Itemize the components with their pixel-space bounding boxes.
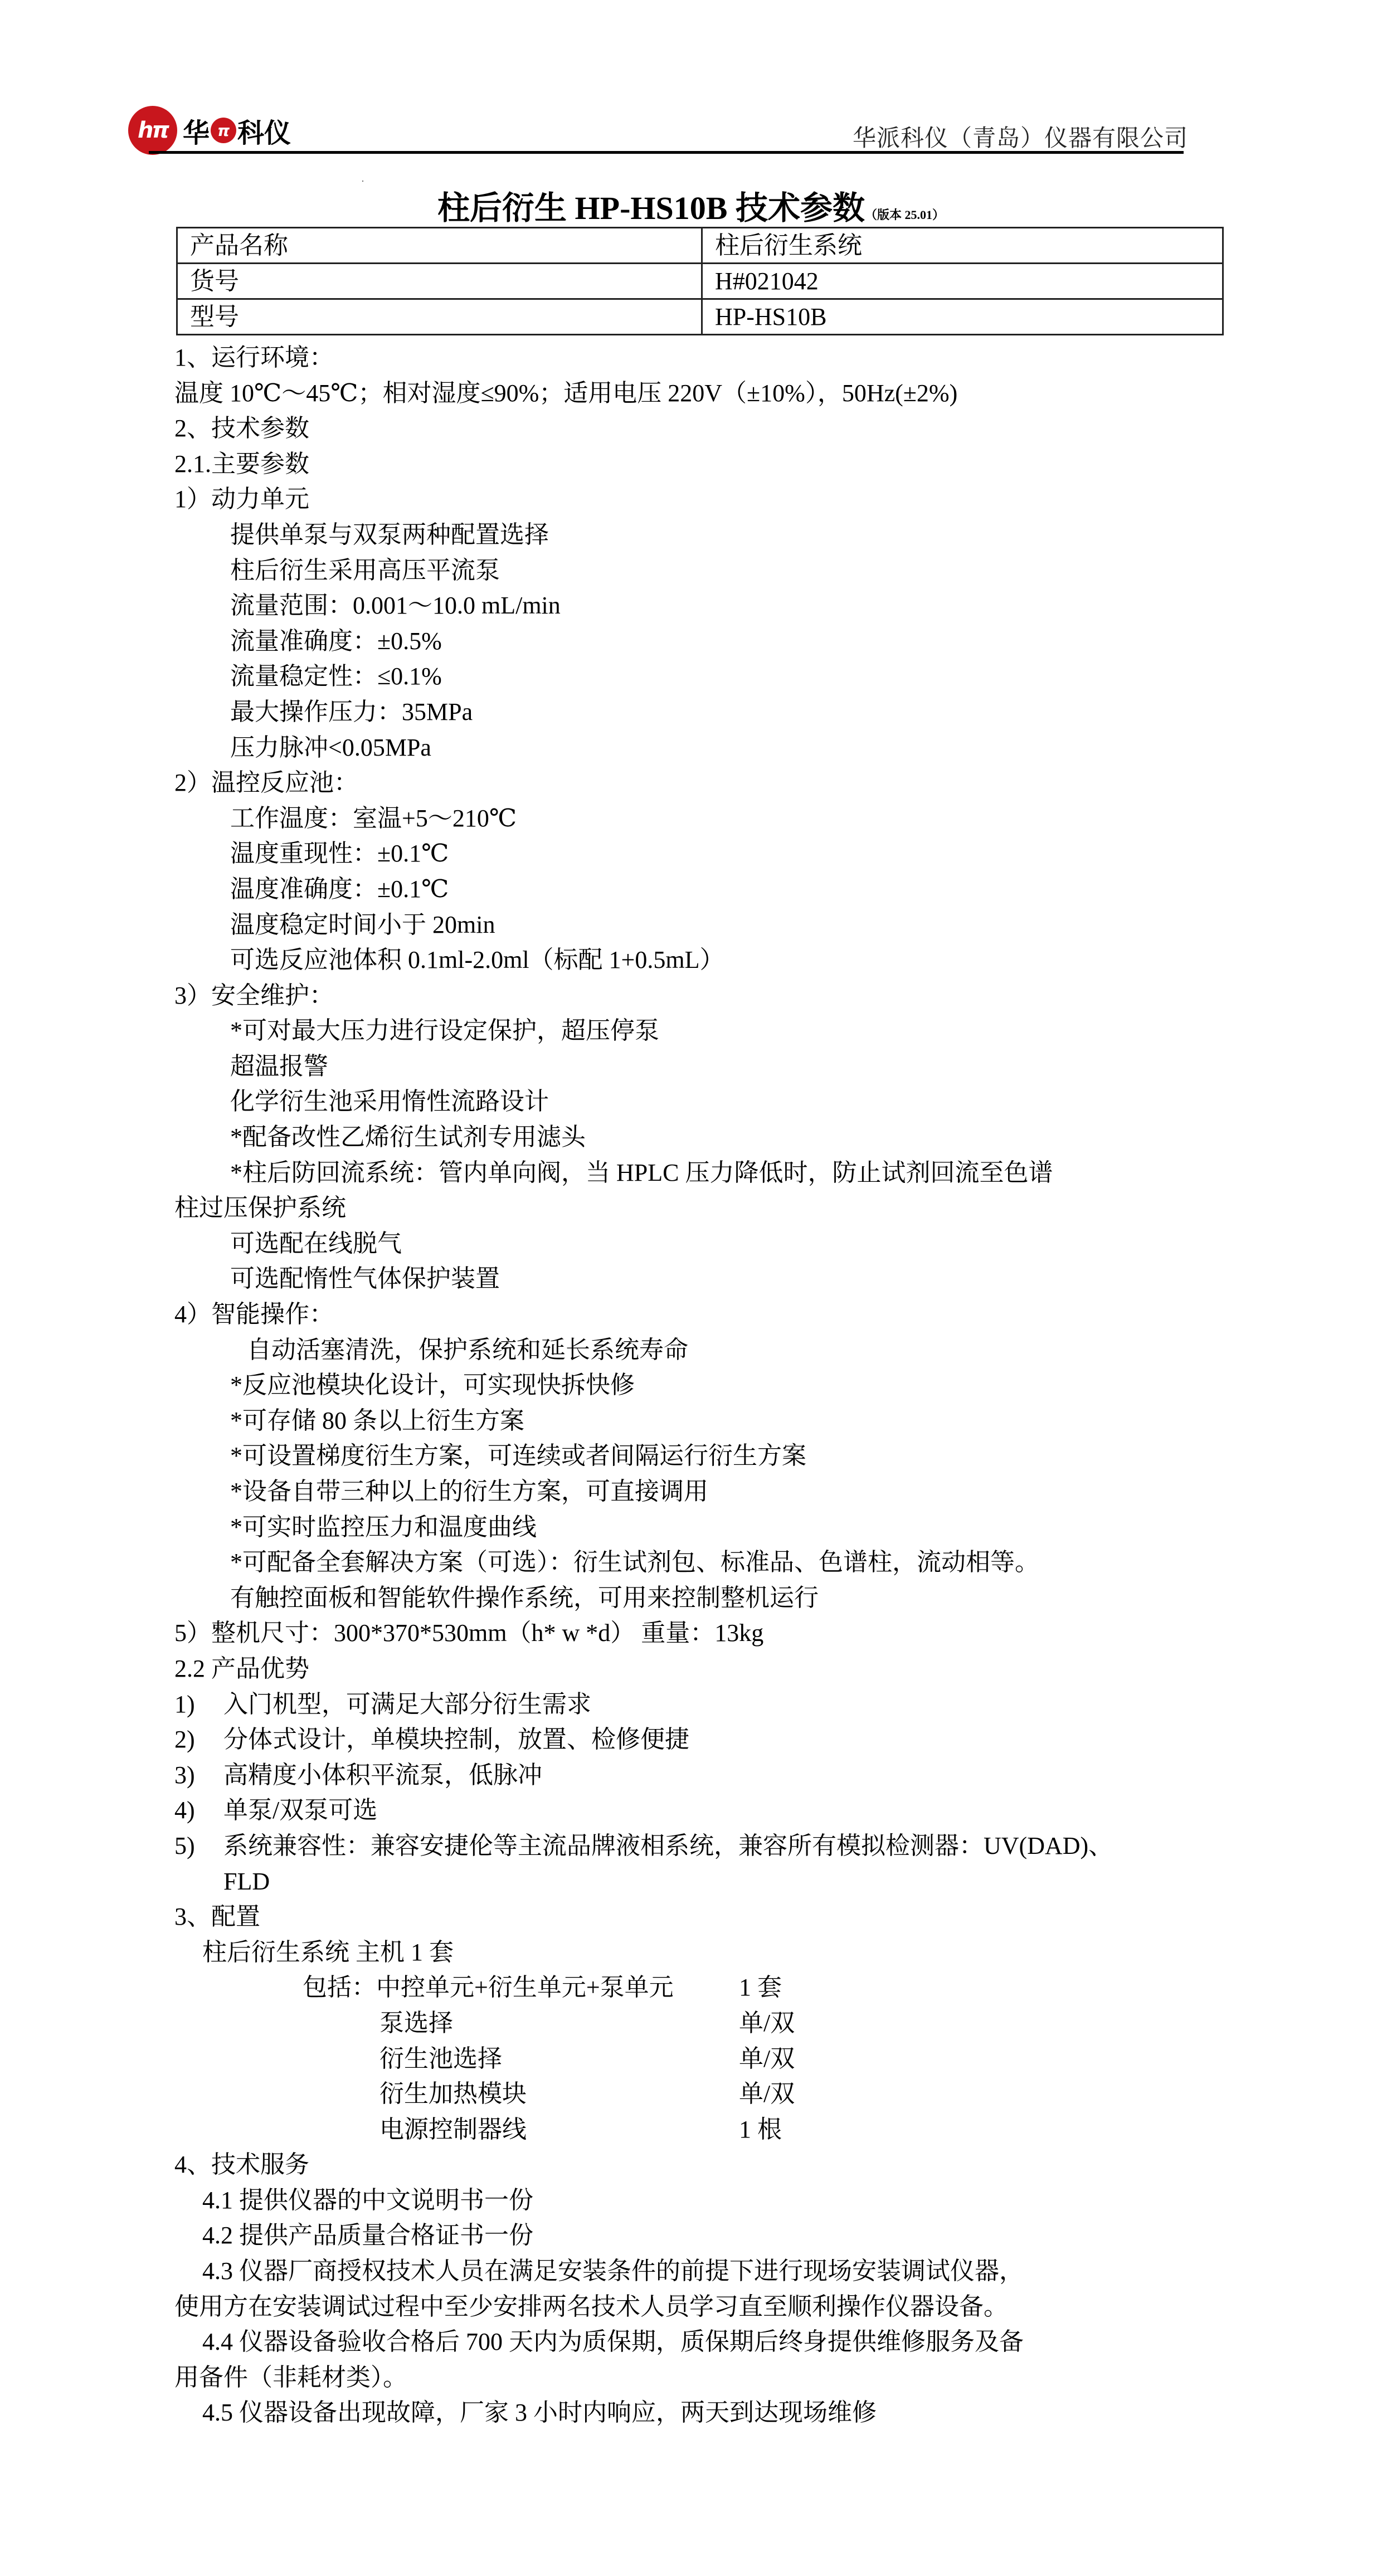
advantage-text: 入门机型，可满足大部分衍生需求 xyxy=(223,1687,591,1722)
subsection-heading: 2.1.主要参数 xyxy=(174,446,1222,482)
list-item: 流量稳定性：≤0.1% xyxy=(174,659,1222,694)
list-item: *可设置梯度衍生方案，可连续或者间隔运行衍生方案 xyxy=(174,1438,1222,1474)
service-item: 4.4 仪器设备验收合格后 700 天内为质保期，质保期后终身提供维修服务及备 xyxy=(174,2324,1222,2360)
section-heading: 1、运行环境： xyxy=(174,340,1222,376)
config-qty: 1 套 xyxy=(739,1970,782,2005)
item-heading: 1）动力单元 xyxy=(174,481,1222,517)
advantage-continuation: FLD xyxy=(174,1864,1222,1900)
item-heading: 5）整机尺寸：300*370*530mm（h* w *d） 重量：13kg xyxy=(174,1615,1222,1651)
advantage-item: 1)入门机型，可满足大部分衍生需求 xyxy=(174,1687,1222,1722)
product-info-table: 产品名称 柱后衍生系统 货号 H#021042 型号 HP-HS10B xyxy=(176,227,1224,335)
list-item: 流量范围：0.001～10.0 mL/min xyxy=(174,588,1222,624)
list-item: 压力脉冲<0.05MPa xyxy=(174,730,1222,766)
list-item: *可对最大压力进行设定保护，超压停泵 xyxy=(174,1013,1222,1049)
list-item: 温度稳定时间小于 20min xyxy=(174,907,1222,943)
list-item: 化学衍生池采用惰性流路设计 xyxy=(174,1084,1222,1119)
document-body: 1、运行环境： 温度 10℃～45℃；相对湿度≤90%；适用电压 220V（±1… xyxy=(174,340,1222,2431)
config-qty: 单/双 xyxy=(739,2076,795,2112)
item-heading: 3）安全维护： xyxy=(174,978,1222,1014)
config-qty: 单/双 xyxy=(739,2041,795,2077)
logo-text-pre: 华 xyxy=(183,111,210,150)
table-row: 产品名称 柱后衍生系统 xyxy=(177,228,1223,264)
section-heading: 4、技术服务 xyxy=(174,2147,1222,2183)
config-qty: 1 根 xyxy=(739,2112,782,2148)
list-item: 工作温度：室温+5～210℃ xyxy=(174,801,1222,836)
list-item: 温度准确度：±0.1℃ xyxy=(174,871,1222,907)
list-item: *反应池模块化设计，可实现快拆快修 xyxy=(174,1367,1222,1403)
service-item: 4.5 仪器设备出现故障，厂家 3 小时内响应，两天到达现场维修 xyxy=(174,2395,1222,2431)
service-item-continuation: 用备件（非耗材类）。 xyxy=(174,2360,1222,2395)
table-row: 货号 H#021042 xyxy=(177,264,1223,299)
list-item: 提供单泵与双泵两种配置选择 xyxy=(174,517,1222,553)
list-item: 超温报警 xyxy=(174,1049,1222,1084)
list-item: *可配备全套解决方案（可选）：衍生试剂包、标准品、色谱柱，流动相等。 xyxy=(174,1545,1222,1580)
config-qty: 单/双 xyxy=(739,2005,795,2041)
config-row: 包括：中控单元+衍生单元+泵单元1 套 xyxy=(174,1970,1222,2005)
config-main: 柱后衍生系统 主机 1 套 xyxy=(174,1935,1222,1970)
logo-mark-icon: hπ xyxy=(128,106,177,155)
table-cell-label: 型号 xyxy=(177,299,702,335)
paragraph: 温度 10℃～45℃；相对湿度≤90%；适用电压 220V（±10%），50Hz… xyxy=(174,376,1222,411)
advantage-item: 3)高精度小体积平流泵，低脉冲 xyxy=(174,1757,1222,1793)
service-item: 4.3 仪器厂商授权技术人员在满足安装条件的前提下进行现场安装调试仪器， xyxy=(174,2253,1222,2289)
advantage-text: 分体式设计，单模块控制，放置、检修便捷 xyxy=(223,1722,689,1757)
company-name: 华派科仪（青岛）仪器有限公司 xyxy=(853,120,1188,153)
list-item: 柱后衍生采用高压平流泵 xyxy=(174,553,1222,588)
list-item: 可选配惰性气体保护装置 xyxy=(174,1261,1222,1297)
table-cell-value: HP-HS10B xyxy=(702,299,1223,335)
advantage-text: 单泵/双泵可选 xyxy=(223,1793,377,1828)
list-item: *可实时监控压力和温度曲线 xyxy=(174,1509,1222,1545)
table-row: 型号 HP-HS10B xyxy=(177,299,1223,335)
table-cell-label: 货号 xyxy=(177,264,702,299)
logo-wordmark: 华 π 科仪 xyxy=(183,111,291,150)
subsection-heading: 2.2 产品优势 xyxy=(174,1651,1222,1687)
title-main: 柱后衍生 HP-HS10B 技术参数 xyxy=(437,190,865,226)
advantage-text: 高精度小体积平流泵，低脉冲 xyxy=(223,1757,542,1793)
advantage-number: 3) xyxy=(174,1757,223,1793)
advantage-item: 4)单泵/双泵可选 xyxy=(174,1793,1222,1828)
config-item: 衍生池选择 xyxy=(379,2041,739,2077)
list-item: 可选反应池体积 0.1ml-2.0ml（标配 1+0.5mL） xyxy=(174,942,1222,978)
config-row: 泵选择单/双 xyxy=(174,2005,1222,2041)
list-item-continuation: 柱过压保护系统 xyxy=(174,1190,1222,1226)
advantage-number: 4) xyxy=(174,1793,223,1828)
advantage-number: 5) xyxy=(174,1828,223,1864)
document-title: 柱后衍生 HP-HS10B 技术参数（版本 25.01） xyxy=(0,182,1382,228)
config-row: 衍生池选择单/双 xyxy=(174,2041,1222,2077)
item-heading: 2）温控反应池： xyxy=(174,765,1222,801)
service-item-continuation: 使用方在安装调试过程中至少安排两名技术人员学习直至顺利操作仪器设备。 xyxy=(174,2289,1222,2325)
advantage-number: 1) xyxy=(174,1687,223,1722)
advantage-text: 系统兼容性：兼容安捷伦等主流品牌液相系统，兼容所有模拟检测器：UV(DAD)、 xyxy=(223,1828,1113,1864)
table-cell-value: H#021042 xyxy=(702,264,1223,299)
logo-text-post: 科仪 xyxy=(237,111,291,150)
header-divider xyxy=(149,151,1184,154)
table-cell-label: 产品名称 xyxy=(177,228,702,264)
list-item: *设备自带三种以上的衍生方案，可直接调用 xyxy=(174,1474,1222,1509)
service-item: 4.1 提供仪器的中文说明书一份 xyxy=(174,2183,1222,2218)
list-item: *可存储 80 条以上衍生方案 xyxy=(174,1403,1222,1439)
advantage-item: 5)系统兼容性：兼容安捷伦等主流品牌液相系统，兼容所有模拟检测器：UV(DAD)… xyxy=(174,1828,1222,1864)
list-item: 可选配在线脱气 xyxy=(174,1226,1222,1262)
config-item: 电源控制器线 xyxy=(379,2112,739,2148)
list-item: 温度重现性：±0.1℃ xyxy=(174,836,1222,871)
config-item: 包括：中控单元+衍生单元+泵单元 xyxy=(303,1970,739,2005)
list-item: *配备改性乙烯衍生试剂专用滤头 xyxy=(174,1119,1222,1155)
service-item: 4.2 提供产品质量合格证书一份 xyxy=(174,2218,1222,2253)
config-row: 衍生加热模块单/双 xyxy=(174,2076,1222,2112)
config-row: 电源控制器线1 根 xyxy=(174,2112,1222,2148)
title-version: （版本 25.01） xyxy=(865,208,945,222)
section-heading: 3、配置 xyxy=(174,1899,1222,1935)
table-cell-value: 柱后衍生系统 xyxy=(702,228,1223,264)
page-header: hπ 华 π 科仪 华派科仪（青岛）仪器有限公司 xyxy=(128,98,1187,153)
item-heading: 4）智能操作： xyxy=(174,1297,1222,1332)
list-item: 流量准确度：±0.5% xyxy=(174,624,1222,659)
list-item: 最大操作压力：35MPa xyxy=(174,694,1222,730)
list-item: *柱后防回流系统：管内单向阀，当 HPLC 压力降低时，防止试剂回流至色谱 xyxy=(174,1155,1222,1191)
logo-pi-icon: π xyxy=(211,118,236,143)
config-item: 衍生加热模块 xyxy=(379,2076,739,2112)
list-item: 自动活塞清洗，保护系统和延长系统寿命 xyxy=(174,1332,1222,1368)
config-item: 泵选择 xyxy=(379,2005,739,2041)
advantage-item: 2)分体式设计，单模块控制，放置、检修便捷 xyxy=(174,1722,1222,1757)
section-heading: 2、技术参数 xyxy=(174,411,1222,446)
advantage-number: 2) xyxy=(174,1722,223,1757)
company-logo: hπ 华 π 科仪 xyxy=(128,106,291,155)
list-item: 有触控面板和智能软件操作系统，可用来控制整机运行 xyxy=(174,1580,1222,1616)
